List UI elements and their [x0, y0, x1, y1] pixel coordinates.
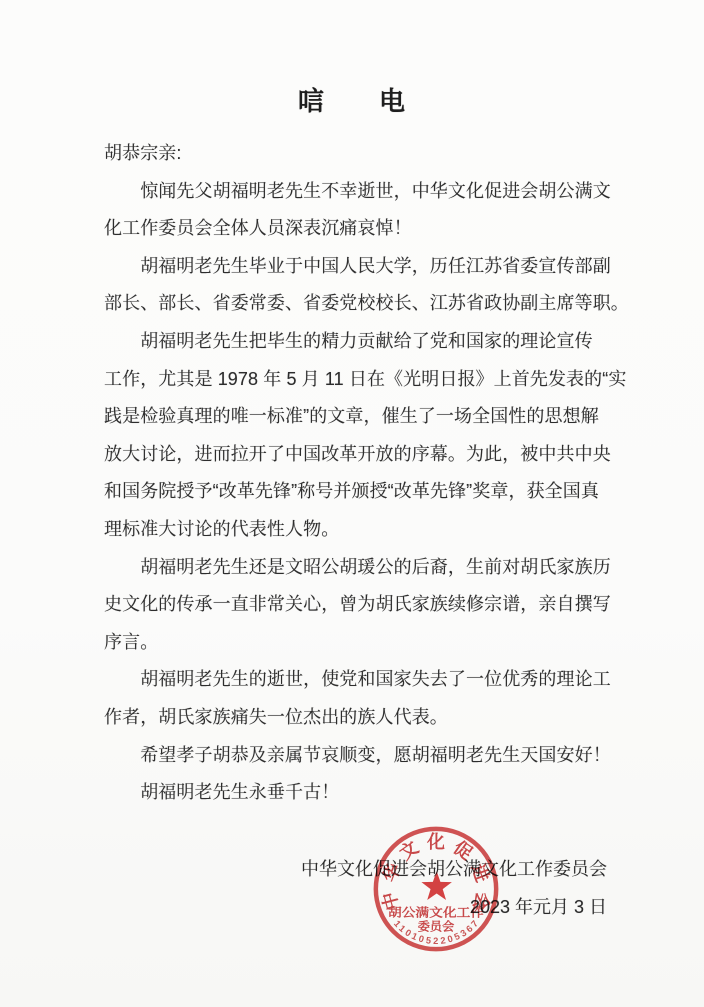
text-line: 序言。: [104, 624, 628, 662]
text-line: 践是检验真理的唯一标准”的文章，催生了一场全国性的思想解: [104, 398, 628, 436]
text-line: 惊闻先父胡福明老先生不幸逝世，中华文化促进会胡公满文: [104, 173, 628, 211]
document-page: 唁 电 胡恭宗亲: 惊闻先父胡福明老先生不幸逝世，中华文化促进会胡公满文 化工作…: [0, 0, 704, 1007]
text-line: 胡福明老先生毕业于中国人民大学，历任江苏省委宣传部副: [104, 248, 628, 286]
text-line: 放大讨论，进而拉开了中国改革开放的序幕。为此，被中共中央: [104, 436, 628, 474]
text-line: 胡福明老先生还是文昭公胡瑗公的后裔，生前对胡氏家族历: [104, 549, 628, 587]
text-line: 希望孝子胡恭及亲属节哀顺变，愿胡福明老先生天国安好！: [104, 737, 628, 775]
text-line: 化工作委员会全体人员深表沉痛哀悼！: [104, 210, 628, 248]
seal-org-name-line1: 胡公满文化工作: [388, 905, 485, 920]
official-seal: 中华文化促进会 胡公满文化工作 委员会 1101052205367: [372, 825, 500, 953]
text-line: 胡福明老先生的逝世，使党和国家失去了一位优秀的理论工: [104, 661, 628, 699]
text-line: 作者，胡氏家族痛失一位杰出的族人代表。: [104, 699, 628, 737]
text-line: 部长、部长、省委常委、省委党校校长、江苏省政协副主席等职。: [104, 285, 628, 323]
document-title: 唁 电: [0, 81, 704, 118]
seal-org-name-line2: 委员会: [418, 919, 455, 934]
text-line: 史文化的传承一直非常关心，曾为胡氏家族续修宗谱，亲自撰写: [104, 586, 628, 624]
text-line: 工作，尤其是 1978 年 5 月 11 日在《光明日报》上首先发表的“实: [104, 361, 628, 399]
text-line: 理标准大讨论的代表性人物。: [104, 511, 628, 549]
document-body: 胡恭宗亲: 惊闻先父胡福明老先生不幸逝世，中华文化促进会胡公满文 化工作委员会全…: [104, 135, 628, 812]
seal-graphic: 中华文化促进会 胡公满文化工作 委员会 1101052205367: [372, 825, 500, 953]
text-line: 胡福明老先生永垂千古！: [104, 774, 628, 812]
text-line: 胡福明老先生把毕生的精力贡献给了党和国家的理论宣传: [104, 323, 628, 361]
red-star-icon: [421, 871, 451, 900]
text-line: 和国务院授予“改革先锋”称号并颁授“改革先锋”奖章，获全国真: [104, 473, 628, 511]
text-line: 胡恭宗亲:: [104, 135, 628, 173]
